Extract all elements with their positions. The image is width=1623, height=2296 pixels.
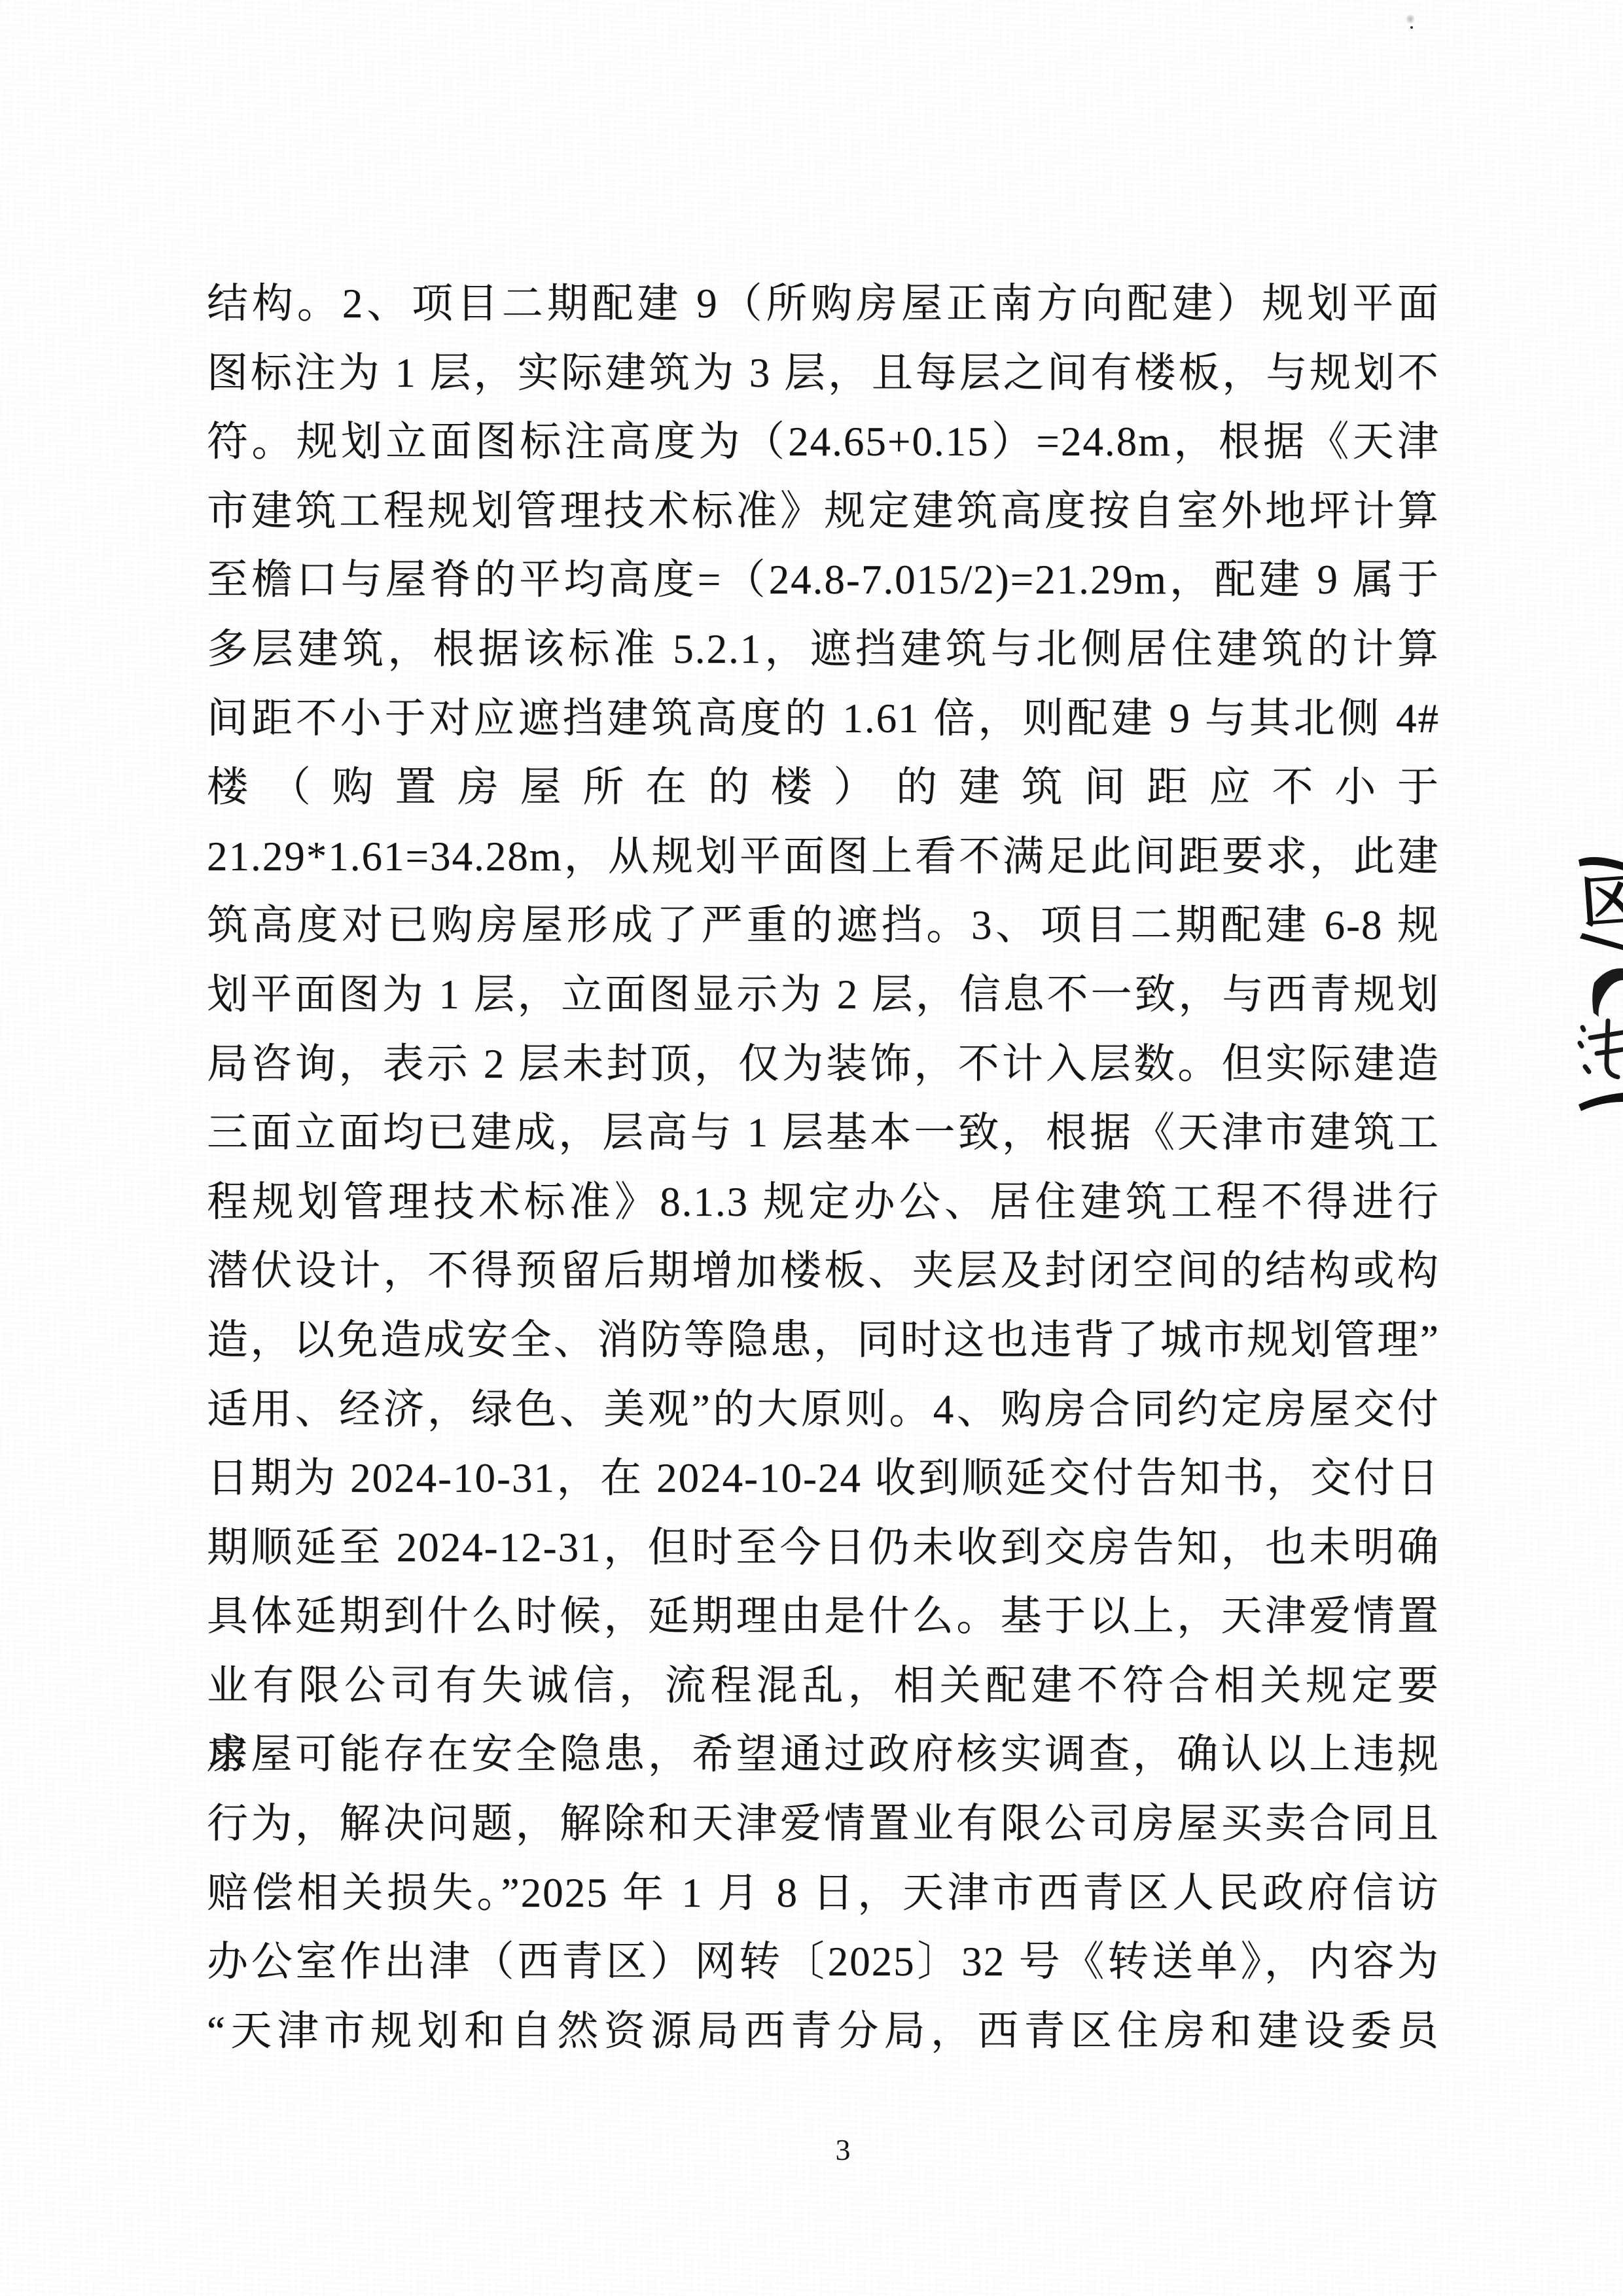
text-line: 行为，解决问题，解除和天津爱情置业有限公司房屋买卖合同且 — [207, 1790, 1440, 1859]
margin-stamp-marks: 区 — [1568, 841, 1623, 1123]
stamp-stroke-slant — [1580, 933, 1623, 950]
stamp-stroke-bottom — [1578, 1093, 1623, 1111]
text-line: 办公室作出津（西青区）网转〔2025〕32 号《转送单》，内容为 — [207, 1928, 1440, 1997]
text-line: 局咨询，表示 2 层未封顶，仅为装饰，不计入层数。但实际建造 — [207, 1030, 1440, 1099]
scan-speck — [1406, 14, 1415, 24]
text-line: 业有限公司有失诚信，流程混乱，相关配建不符合相关规定要求， — [207, 1651, 1440, 1721]
text-line: 间距不小于对应遮挡建筑高度的 1.61 倍，则配建 9 与其北侧 4# — [207, 684, 1440, 754]
text-line: 市建筑工程规划管理技术标准》规定建筑高度按自室外地坪计算 — [207, 477, 1440, 546]
document-page: 结构。2、项目二期配建 9（所购房屋正南方向配建）规划平面 图标注为 1 层，实… — [0, 0, 1623, 2296]
text-line: 程规划管理技术标准》8.1.3 规定办公、居住建筑工程不得进行 — [207, 1168, 1440, 1237]
text-line: 日期为 2024-10-31，在 2024-10-24 收到顺延交付告知书，交付… — [207, 1444, 1440, 1513]
stamp-partial-cross — [1580, 1021, 1623, 1077]
stamp-glyph-qu: 区 — [1579, 868, 1623, 935]
text-line: 多层建筑，根据该标准 5.2.1，遮挡建筑与北侧居住建筑的计算 — [207, 615, 1440, 684]
text-line: 房屋可能存在安全隐患，希望通过政府核实调查，确认以上违规 — [207, 1720, 1440, 1790]
text-line: “天津市规划和自然资源局西青分局，西青区住房和建设委员 — [207, 1997, 1440, 2066]
text-line: 图标注为 1 层，实际建筑为 3 层，且每层之间有楼板，与规划不 — [207, 339, 1440, 408]
stamp-partial-wedge — [1592, 968, 1623, 1017]
scan-speck-dot — [1410, 26, 1413, 29]
text-line: 造，以免造成安全、消防等隐患，同时这也违背了城市规划管理” — [207, 1306, 1440, 1375]
text-line: 赔偿相关损失。”2025 年 1 月 8 日，天津市西青区人民政府信访 — [207, 1859, 1440, 1928]
text-line: 三面立面均已建成，层高与 1 层基本一致，根据《天津市建筑工 — [207, 1099, 1440, 1168]
stamp-stroke-top — [1578, 857, 1623, 870]
text-line: 结构。2、项目二期配建 9（所购房屋正南方向配建）规划平面 — [207, 270, 1440, 339]
complaint-text-block: 结构。2、项目二期配建 9（所购房屋正南方向配建）规划平面 图标注为 1 层，实… — [207, 270, 1440, 2066]
text-line: 适用、经济，绿色、美观”的大原则。4、购房合同约定房屋交付 — [207, 1375, 1440, 1445]
text-line: 期顺延至 2024-12-31，但时至今日仍未收到交房告知，也未明确 — [207, 1513, 1440, 1583]
text-line: 具体延期到什么时候，延期理由是什么。基于以上，天津爱情置 — [207, 1582, 1440, 1651]
text-line: 楼（购置房屋所在的楼）的建筑间距应不小于 — [207, 753, 1440, 822]
page-number: 3 — [810, 2132, 876, 2168]
text-line: 划平面图为 1 层，立面图显示为 2 层，信息不一致，与西青规划 — [207, 961, 1440, 1030]
text-line: 符。规划立面图标注高度为（24.65+0.15）=24.8m，根据《天津 — [207, 408, 1440, 477]
text-line: 筑高度对已购房屋形成了严重的遮挡。3、项目二期配建 6-8 规 — [207, 891, 1440, 961]
text-line: 21.29*1.61=34.28m，从规划平面图上看不满足此间距要求，此建 — [207, 822, 1440, 892]
text-line: 至檐口与屋脊的平均高度=（24.8-7.015/2)=21.29m，配建 9 属… — [207, 546, 1440, 615]
text-line: 潜伏设计，不得预留后期增加楼板、夹层及封闭空间的结构或构 — [207, 1237, 1440, 1306]
